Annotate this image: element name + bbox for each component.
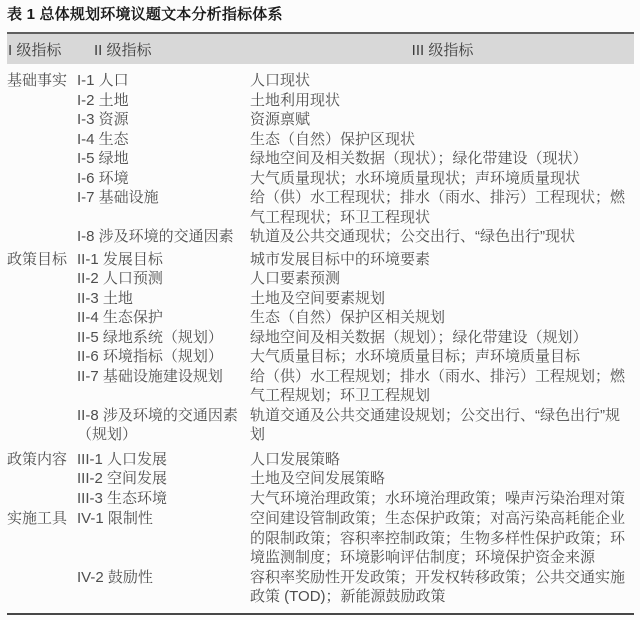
table-row: III-1 人口发展 人口发展策略 [77, 450, 634, 470]
header-level1-column: I 级指标 [7, 39, 78, 60]
section-rows: III-1 人口发展 人口发展策略 III-2 空间发展 土地及空间发展策略 I… [77, 450, 634, 509]
level2-indicator-cell: III-1 人口发展 [77, 450, 250, 470]
header-level2-column: II 级指标 [78, 39, 251, 60]
level2-indicator-cell: I-8 涉及环境的交通因素 [77, 227, 250, 247]
section-rows: IV-1 限制性 空间建设管制政策；生态保护政策；对高污染高耗能企业的限制政策；… [77, 509, 634, 607]
level3-indicator-cell: 大气质量现状；水环境质量现状；声环境质量现状 [250, 169, 634, 189]
table-row: I-3 资源 资源禀赋 [77, 110, 634, 130]
level2-indicator-cell: I-1 人口 [77, 71, 250, 91]
level2-indicator-cell: I-2 土地 [77, 91, 250, 111]
level1-indicator-cell: 实施工具 [7, 509, 77, 529]
level3-indicator-cell: 人口要素预测 [250, 269, 634, 289]
section-rows: I-1 人口 人口现状 I-2 土地 土地利用现状 I-3 资源 资源禀赋 I-… [77, 71, 634, 247]
level3-indicator-cell: 绿地空间及相关数据（现状）；绿化带建设（现状） [250, 149, 634, 169]
level3-indicator-cell: 土地及空间发展策略 [250, 469, 634, 489]
level3-indicator-cell: 给（供）水工程现状；排水（雨水、排污）工程现状；燃气工程现状；环卫工程现状 [250, 188, 634, 227]
level2-indicator-cell: III-3 生态环境 [77, 489, 250, 509]
table-section: 政策目标 II-1 发展目标 城市发展目标中的环境要素 II-2 人口预测 人口… [7, 250, 634, 445]
indicator-table-figure: 表 1 总体规划环境议题文本分析指标体系 I 级指标 II 级指标 III 级指… [0, 0, 640, 620]
table-row: IV-1 限制性 空间建设管制政策；生态保护政策；对高污染高耗能企业的限制政策；… [77, 509, 634, 568]
table-row: II-2 人口预测 人口要素预测 [77, 269, 634, 289]
table-row: III-2 空间发展 土地及空间发展策略 [77, 469, 634, 489]
level3-indicator-cell: 给（供）水工程规划；排水（雨水、排污）工程规划；燃气工程规划；环卫工程规划 [250, 367, 634, 406]
level3-indicator-cell: 人口发展策略 [250, 450, 634, 470]
level2-indicator-cell: II-1 发展目标 [77, 250, 250, 270]
level3-indicator-cell: 城市发展目标中的环境要素 [250, 250, 634, 270]
table-row: II-6 环境指标（规划） 大气质量目标；水环境质量目标；声环境质量目标 [77, 347, 634, 367]
level3-indicator-cell: 生态（自然）保护区相关规划 [250, 308, 634, 328]
level2-indicator-cell: I-5 绿地 [77, 149, 250, 169]
level2-indicator-cell: II-8 涉及环境的交通因素（规划） [77, 406, 250, 445]
table-row: II-4 生态保护 生态（自然）保护区相关规划 [77, 308, 634, 328]
table-section: 基础事实 I-1 人口 人口现状 I-2 土地 土地利用现状 I-3 资源 资源… [7, 71, 634, 247]
table-bottom-rule [7, 613, 634, 615]
table-title: 表 1 总体规划环境议题文本分析指标体系 [7, 5, 634, 24]
table-row: II-3 土地 土地及空间要素规划 [77, 289, 634, 309]
level2-indicator-cell: II-4 生态保护 [77, 308, 250, 328]
level2-indicator-cell: II-3 土地 [77, 289, 250, 309]
header-level3-column: III 级指标 [251, 39, 634, 60]
level2-indicator-cell: IV-1 限制性 [77, 509, 250, 529]
table-row: I-2 土地 土地利用现状 [77, 91, 634, 111]
table-row: I-8 涉及环境的交通因素 轨道及公共交通现状；公交出行、“绿色出行”现状 [77, 227, 634, 247]
table-row: III-3 生态环境 大气环境治理政策；水环境治理政策；噪声污染治理对策 [77, 489, 634, 509]
table-body: 基础事实 I-1 人口 人口现状 I-2 土地 土地利用现状 I-3 资源 资源… [7, 64, 634, 607]
level3-indicator-cell: 土地及空间要素规划 [250, 289, 634, 309]
level2-indicator-cell: II-6 环境指标（规划） [77, 347, 250, 367]
section-rows: II-1 发展目标 城市发展目标中的环境要素 II-2 人口预测 人口要素预测 … [77, 250, 634, 445]
level3-indicator-cell: 轨道及公共交通现状；公交出行、“绿色出行”现状 [250, 227, 634, 247]
level3-indicator-cell: 生态（自然）保护区现状 [250, 130, 634, 150]
level2-indicator-cell: II-7 基础设施建设规划 [77, 367, 250, 387]
level3-indicator-cell: 人口现状 [250, 71, 634, 91]
level3-indicator-cell: 大气环境治理政策；水环境治理政策；噪声污染治理对策 [250, 489, 634, 509]
level2-indicator-cell: I-6 环境 [77, 169, 250, 189]
level2-indicator-cell: III-2 空间发展 [77, 469, 250, 489]
level2-indicator-cell: IV-2 鼓励性 [77, 568, 250, 588]
table-row: I-4 生态 生态（自然）保护区现状 [77, 130, 634, 150]
table-row: I-7 基础设施 给（供）水工程现状；排水（雨水、排污）工程现状；燃气工程现状；… [77, 188, 634, 227]
level3-indicator-cell: 大气质量目标；水环境质量目标；声环境质量目标 [250, 347, 634, 367]
level3-indicator-cell: 绿地空间及相关数据（规划）；绿化带建设（规划） [250, 328, 634, 348]
level1-indicator-cell: 政策内容 [7, 450, 77, 470]
level2-indicator-cell: I-7 基础设施 [77, 188, 250, 208]
level2-indicator-cell: I-4 生态 [77, 130, 250, 150]
table-section: 政策内容 III-1 人口发展 人口发展策略 III-2 空间发展 土地及空间发… [7, 450, 634, 509]
table-row: I-5 绿地 绿地空间及相关数据（现状）；绿化带建设（现状） [77, 149, 634, 169]
level3-indicator-cell: 轨道交通及公共交通建设规划；公交出行、“绿色出行”规划 [250, 406, 634, 445]
table-row: II-1 发展目标 城市发展目标中的环境要素 [77, 250, 634, 270]
table-row: I-6 环境 大气质量现状；水环境质量现状；声环境质量现状 [77, 169, 634, 189]
table-row: II-8 涉及环境的交通因素（规划） 轨道交通及公共交通建设规划；公交出行、“绿… [77, 406, 634, 445]
table-header-row: I 级指标 II 级指标 III 级指标 [7, 32, 634, 64]
table-row: I-1 人口 人口现状 [77, 71, 634, 91]
level3-indicator-cell: 资源禀赋 [250, 110, 634, 130]
level1-indicator-cell: 政策目标 [7, 250, 77, 270]
level2-indicator-cell: I-3 资源 [77, 110, 250, 130]
table-row: IV-2 鼓励性 容积率奖励性开发政策；开发权转移政策；公共交通实施政策 (TO… [77, 568, 634, 607]
level3-indicator-cell: 空间建设管制政策；生态保护政策；对高污染高耗能企业的限制政策；容积率控制政策；生… [250, 509, 634, 568]
level3-indicator-cell: 容积率奖励性开发政策；开发权转移政策；公共交通实施政策 (TOD)；新能源鼓励政… [250, 568, 634, 607]
level2-indicator-cell: II-5 绿地系统（规划） [77, 328, 250, 348]
level1-indicator-cell: 基础事实 [7, 71, 77, 91]
level2-indicator-cell: II-2 人口预测 [77, 269, 250, 289]
table-row: II-5 绿地系统（规划） 绿地空间及相关数据（规划）；绿化带建设（规划） [77, 328, 634, 348]
table-section: 实施工具 IV-1 限制性 空间建设管制政策；生态保护政策；对高污染高耗能企业的… [7, 509, 634, 607]
level3-indicator-cell: 土地利用现状 [250, 91, 634, 111]
table-row: II-7 基础设施建设规划 给（供）水工程规划；排水（雨水、排污）工程规划；燃气… [77, 367, 634, 406]
